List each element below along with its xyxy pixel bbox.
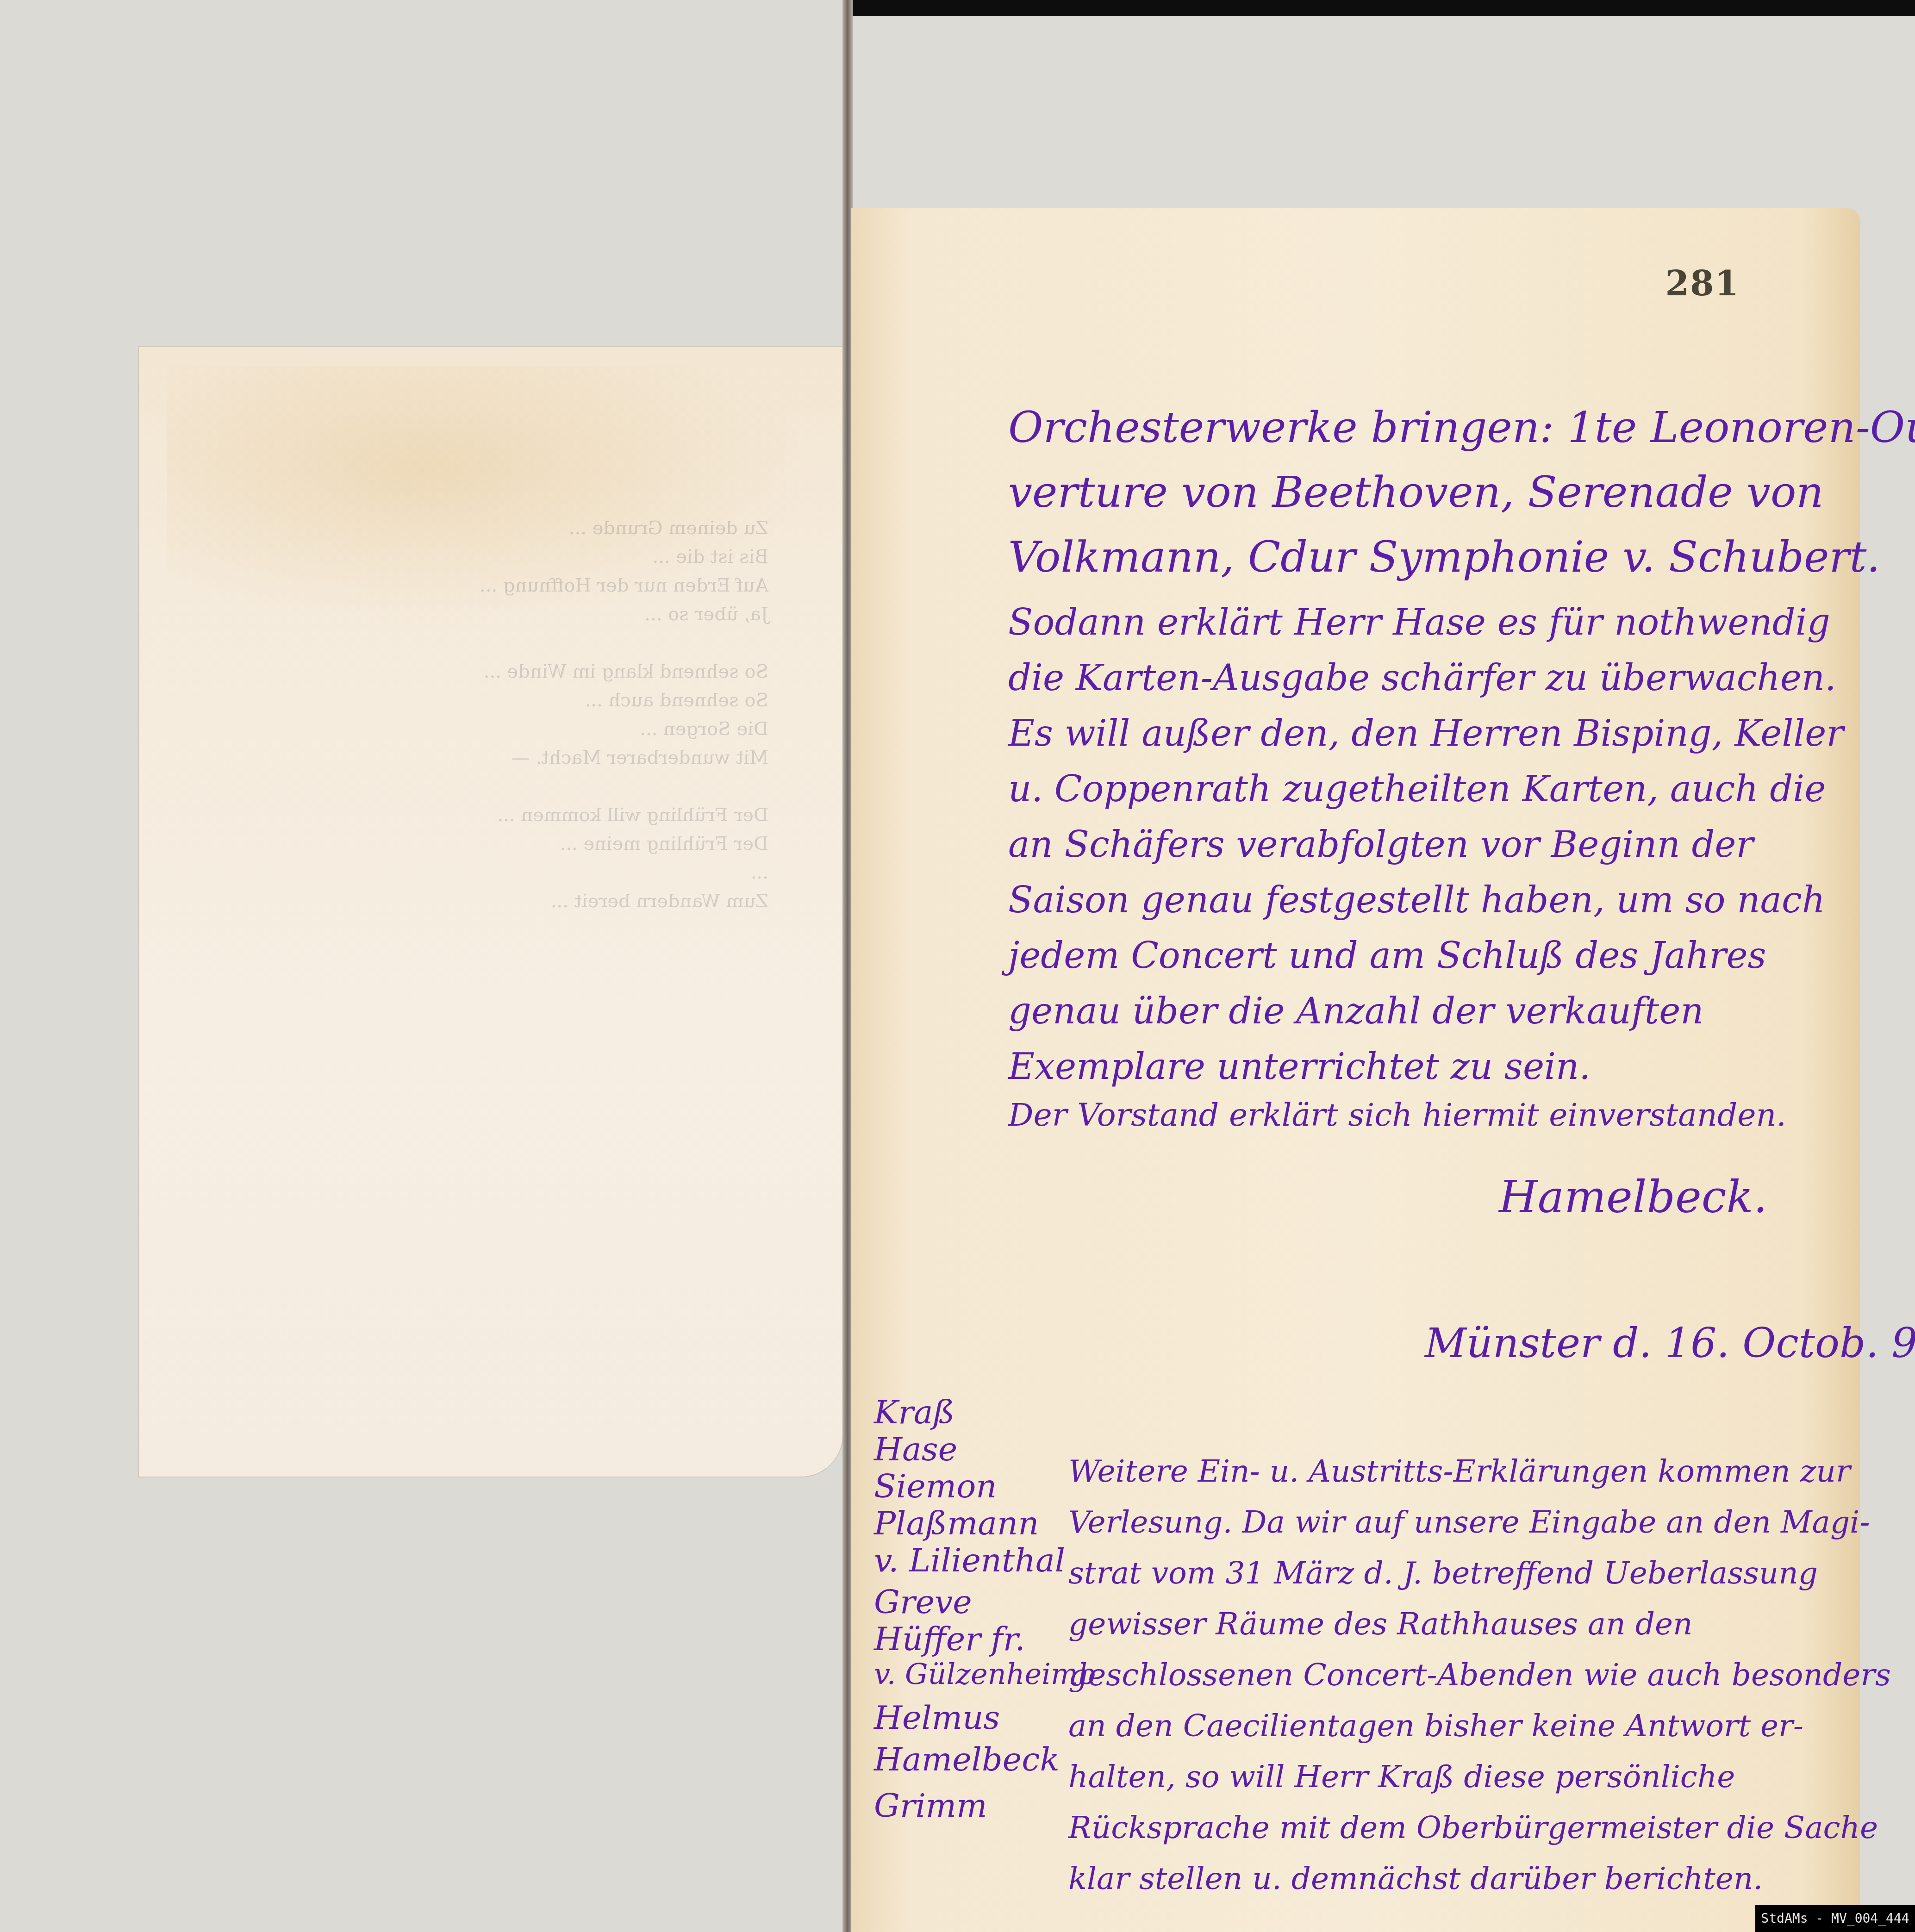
- attendee-name: Hase: [874, 1430, 957, 1468]
- attendee-name: Kraß: [874, 1393, 954, 1431]
- paragraph2-line: an den Caecilientagen bisher keine Antwo…: [1068, 1708, 1803, 1744]
- inserted-printed-sheet: Zu deinem Grunde ... Bis ist die ... Auf…: [139, 347, 842, 1477]
- paragraph2-line: Rücksprache mit dem Oberbürgermeister di…: [1068, 1810, 1878, 1845]
- attendee-name: Plaßmann: [874, 1504, 1039, 1542]
- paragraph1-line: genau über die Anzahl der verkauften: [1008, 991, 1704, 1032]
- attendee-name: Siemon: [874, 1467, 997, 1505]
- attendee-name: Grimm: [874, 1787, 987, 1825]
- paragraph1-line: jedem Concert und am Schluß des Jahres: [1008, 935, 1766, 977]
- top-dark-strip: [847, 0, 1915, 16]
- attendee-name: v. Lilienthal: [874, 1541, 1065, 1579]
- paragraph1-line: Der Vorstand erklärt sich hiermit einver…: [1008, 1097, 1786, 1134]
- paragraph1-line: Volkmann, Cdur Symphonie v. Schubert.: [1008, 532, 1880, 582]
- archive-reference-label: StdAMs - MV_004_444: [1755, 1905, 1915, 1932]
- attendee-name: v. Gülzenheimb: [874, 1657, 1097, 1691]
- paragraph1-line: Exemplare unterrichtet zu sein.: [1008, 1046, 1591, 1088]
- attendee-name: Greve: [874, 1583, 972, 1621]
- paragraph1-line: verture von Beethoven, Serenade von: [1008, 467, 1824, 517]
- paragraph2-line: strat vom 31 März d. J. betreffend Ueber…: [1068, 1555, 1818, 1591]
- paragraph1-line: die Karten-Ausgabe schärfer zu überwache…: [1008, 657, 1836, 699]
- paragraph2-line: geschlossenen Concert-Abenden wie auch b…: [1068, 1657, 1891, 1693]
- paragraph1-line: Es will außer den, den Herren Bisping, K…: [1008, 713, 1844, 754]
- paragraph2-line: halten, so will Herr Kraß diese persönli…: [1068, 1759, 1735, 1795]
- attendee-name: Helmus: [874, 1699, 1000, 1737]
- paragraph2-line: gewisser Räume des Rathhauses an den: [1068, 1606, 1692, 1642]
- paragraph1-line: Orchesterwerke bringen: 1te Leonoren-Ou-: [1008, 403, 1915, 452]
- dateline: Münster d. 16. Octob. 95.: [1425, 1319, 1915, 1367]
- manuscript-page: 281 Orchesterwerke bringen: 1te Leonoren…: [851, 208, 1860, 1932]
- paragraph2-line: Weitere Ein- u. Austritts-Erklärungen ko…: [1068, 1453, 1851, 1489]
- paragraph2-line: klar stellen u. demnächst darüber berich…: [1068, 1861, 1763, 1896]
- attendee-name: Hamelbeck: [874, 1740, 1060, 1778]
- signature: Hamelbeck.: [1499, 1171, 1767, 1223]
- mirrored-print-text: Zu deinem Grunde ... Bis ist die ... Auf…: [398, 514, 768, 916]
- paragraph1-line: Sodann erklärt Herr Hase es für nothwend…: [1008, 602, 1830, 643]
- paragraph1-line: u. Coppenrath zugetheilten Karten, auch …: [1008, 768, 1826, 810]
- page-number: 281: [1665, 264, 1740, 304]
- paragraph1-line: Saison genau festgestellt haben, um so n…: [1008, 879, 1825, 921]
- paragraph2-line: Verlesung. Da wir auf unsere Eingabe an …: [1068, 1504, 1870, 1540]
- attendee-name: Hüffer fr.: [874, 1620, 1025, 1658]
- paragraph1-line: an Schäfers verabfolgten vor Beginn der: [1008, 824, 1753, 866]
